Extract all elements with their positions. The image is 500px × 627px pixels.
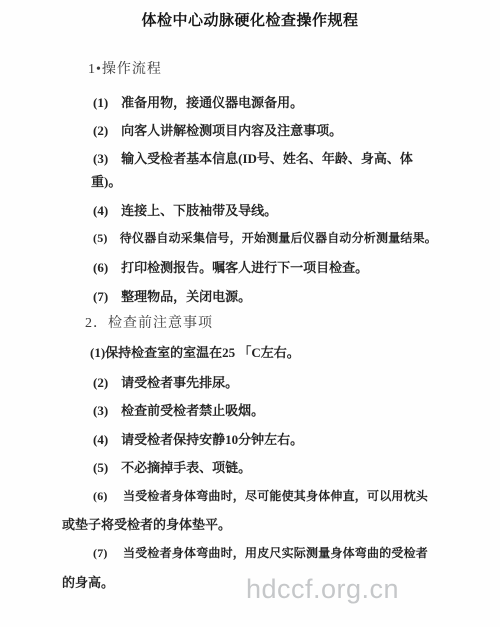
section-2-item-6-line-1: (6) 当受检者身体弯曲时，尽可能使其身体伸直，可以用枕头: [93, 490, 428, 502]
section-1-item-2: (2) 向客人讲解检测项目内容及注意事项。: [93, 124, 342, 137]
section-2-item-6-line-2: 或垫子将受检者的身体垫平。: [62, 518, 231, 531]
section-1-item-5: (5) 待仪器自动采集信号，开始测量后仪器自动分析测量结果。: [93, 232, 437, 244]
section-2-item-2: (2) 请受检者事先排尿。: [93, 376, 238, 389]
section-2-item-3: (3) 检查前受检者禁止吸烟。: [93, 404, 264, 417]
document-page: 体检中心动脉硬化检查操作规程 1•操作流程 (1) 准备用物，接通仪器电源备用。…: [0, 0, 500, 627]
section-2-item-4: (4) 请受检者保持安静10分钟左右。: [93, 433, 303, 446]
section-1-item-7: (7) 整理物品，关闭电源。: [93, 290, 251, 303]
section-2-item-7-line-2: 的身高。: [62, 576, 114, 589]
section-1-item-3-line-2: 重)。: [91, 175, 121, 188]
section-2-item-1: (1)保持检查室的室温在25 「C左右。: [90, 346, 300, 359]
watermark: hdccf.org.cn: [246, 574, 399, 605]
page-title: 体检中心动脉硬化检查操作规程: [0, 9, 500, 30]
section-2-item-7-line-1: (7) 当受检者身体弯曲时，用皮尺实际测量身体弯曲的受检者: [93, 547, 428, 559]
section-1-item-1: (1) 准备用物，接通仪器电源备用。: [93, 96, 303, 109]
section-1-heading: 1•操作流程: [88, 63, 162, 77]
section-1-item-6: (6) 打印检测报告。嘱客人进行下一项目检查。: [93, 261, 368, 274]
section-2-item-5: (5) 不必摘掉手表、项链。: [93, 461, 251, 474]
section-2-heading: 2．检查前注意事项: [85, 317, 213, 331]
section-1-item-3-line-1: (3) 输入受检者基本信息(ID号、姓名、年龄、身高、体: [93, 152, 413, 165]
section-1-item-4: (4) 连接上、下肢袖带及导线。: [93, 204, 277, 217]
